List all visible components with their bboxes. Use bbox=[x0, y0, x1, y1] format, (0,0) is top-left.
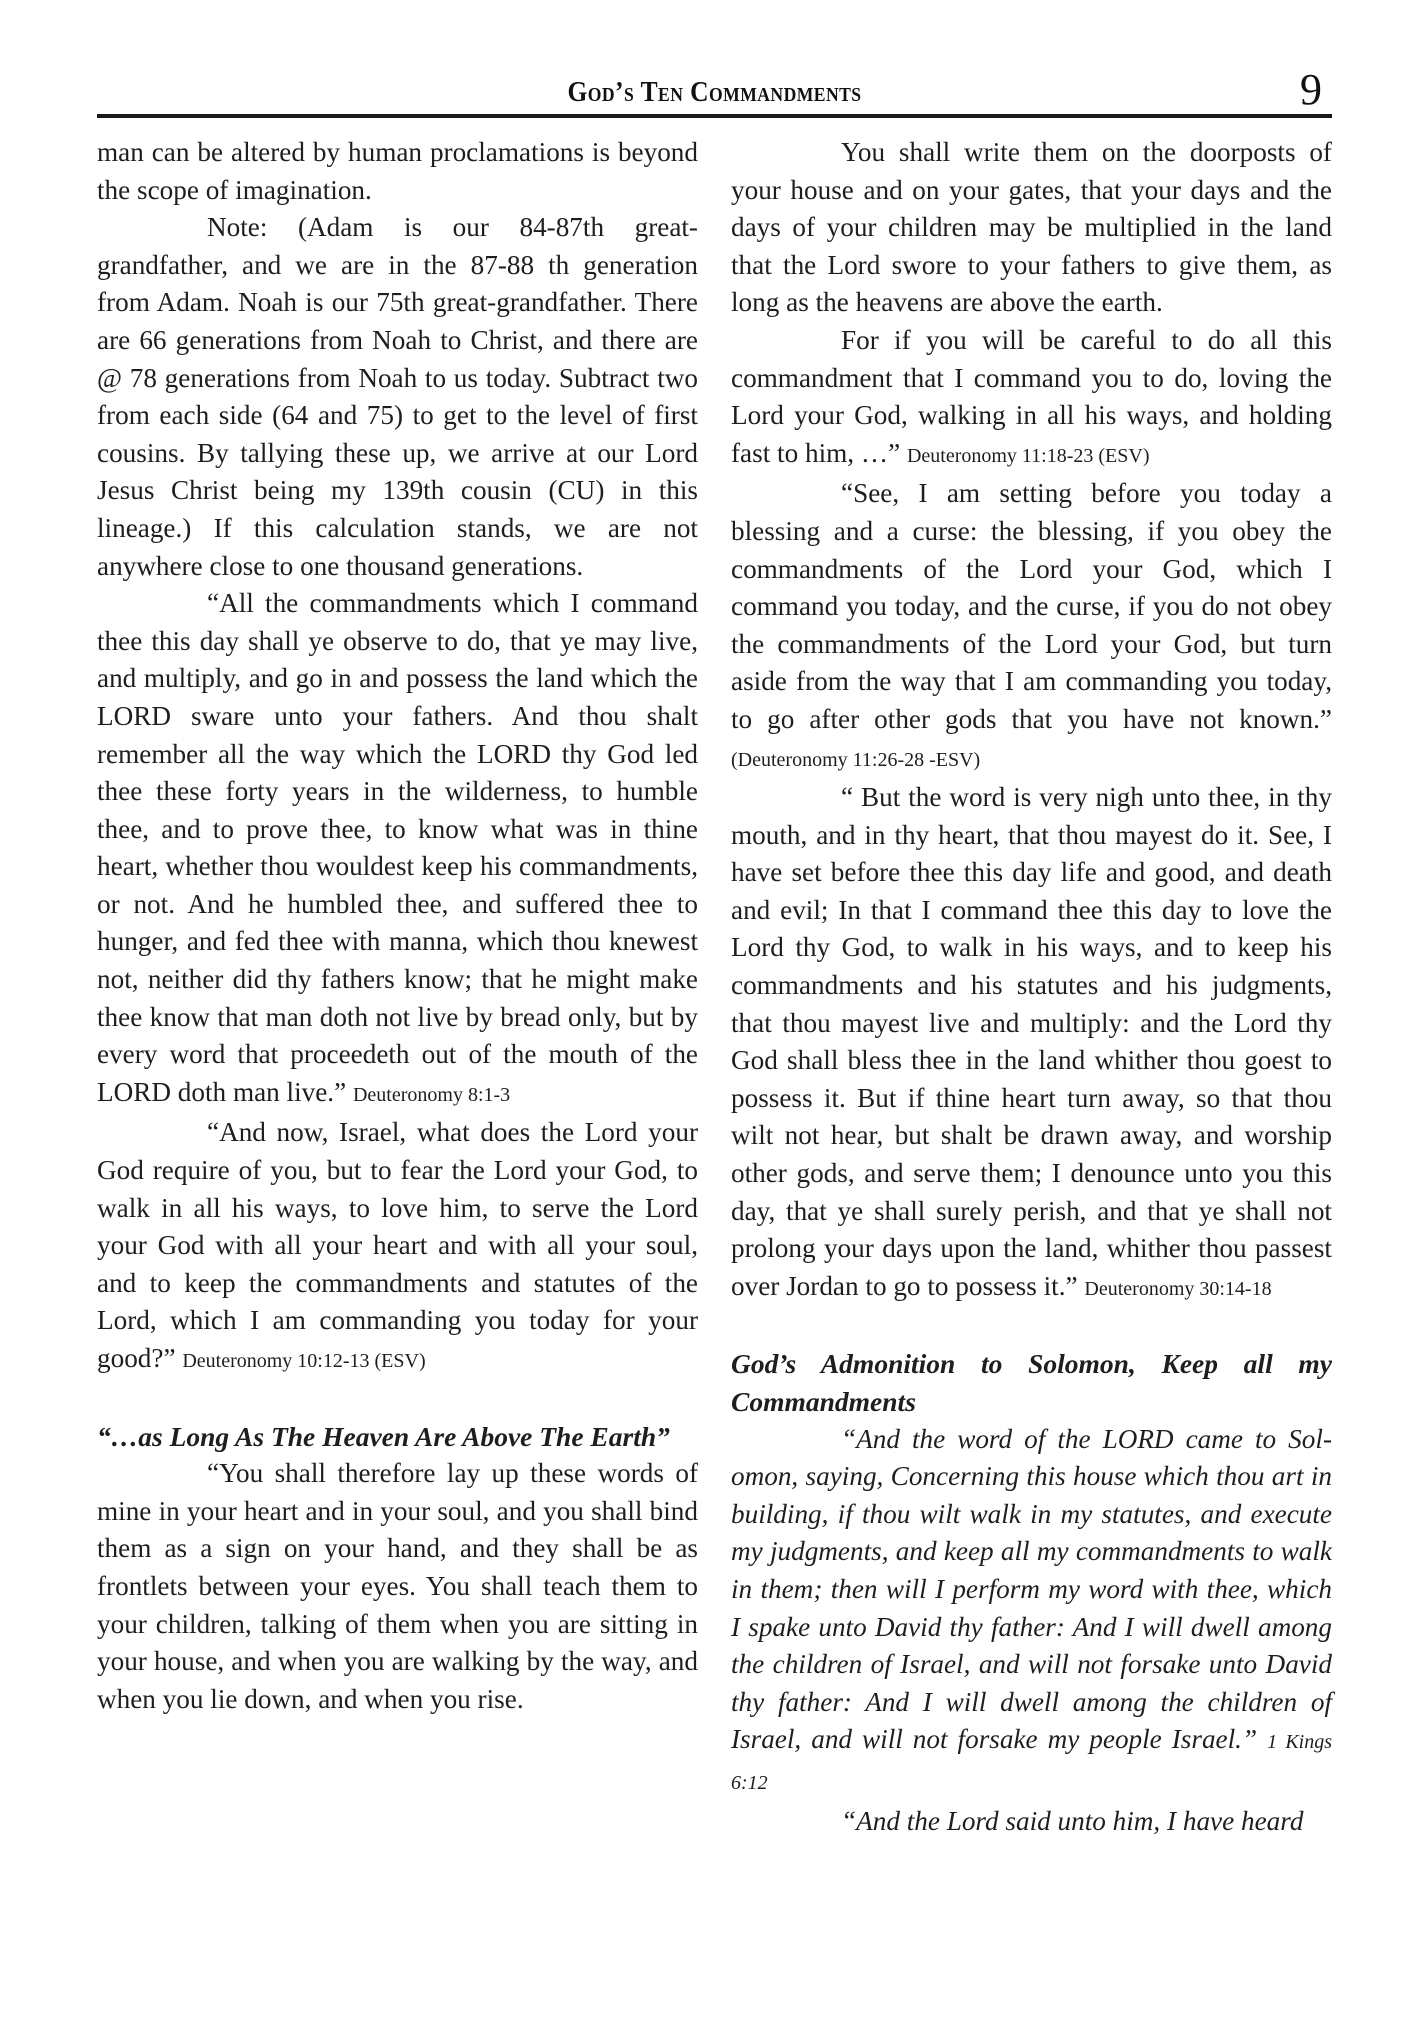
quote-text: “And the Lord said unto him, I have hear… bbox=[841, 1806, 1303, 1836]
right-column: You shall write them on the doorposts of… bbox=[731, 134, 1332, 1840]
paragraph-quote-deut-11-26: “See, I am setting before you today a bl… bbox=[731, 475, 1332, 779]
quote-text: “And now, Israel, what does the Lord you… bbox=[97, 1117, 698, 1373]
paragraph-quote-deut-11-end: For if you will be careful to do all thi… bbox=[731, 322, 1332, 475]
paragraph-continuation: You shall write them on the doorposts of… bbox=[731, 134, 1332, 322]
paragraph-text: man can be altered by human proclamation… bbox=[97, 137, 698, 205]
paragraph-note: Note: (Adam is our 84-87th great-grandfa… bbox=[97, 209, 698, 585]
quote-text: “See, I am setting before you today a bl… bbox=[731, 478, 1332, 734]
paragraph-text: Note: (Adam is our 84-87th great-grandfa… bbox=[97, 212, 698, 580]
page-header: God’s Ten Commandments 9 bbox=[97, 62, 1332, 116]
section-heading: God’s Admonition to Solomon, Keep all my… bbox=[731, 1345, 1332, 1420]
scripture-citation: Deuteronomy 8:1-3 bbox=[353, 1084, 510, 1106]
paragraph-quote-1-kings: “And the word of the LORD came to Sol­om… bbox=[731, 1421, 1332, 1803]
quote-text: “ But the word is very nigh unto thee, i… bbox=[731, 782, 1332, 1301]
header-rule bbox=[97, 114, 1332, 118]
paragraph-quote-deut-30: “ But the word is very nigh unto thee, i… bbox=[731, 779, 1332, 1308]
paragraph-continues: “And the Lord said unto him, I have hear… bbox=[731, 1803, 1332, 1841]
paragraph-quote-deut-11: “You shall therefore lay up these words … bbox=[97, 1455, 698, 1718]
scripture-citation: Deuteronomy 11:18-23 (ESV) bbox=[907, 445, 1150, 467]
scripture-citation: Deuteronomy 30:14-18 bbox=[1084, 1278, 1271, 1300]
paragraph-quote-deut-8: “All the commandments which I com­mand t… bbox=[97, 585, 698, 1114]
section-heading: “…as Long As The Heaven Are Above The Ea… bbox=[97, 1418, 698, 1456]
quote-text: “All the commandments which I com­mand t… bbox=[97, 588, 698, 1107]
left-column: man can be altered by human proclamation… bbox=[97, 134, 698, 1718]
scripture-citation: (Deuteronomy 11:26-28 -ESV) bbox=[731, 749, 980, 771]
paragraph-continuation: man can be altered by human proclamation… bbox=[97, 134, 698, 209]
page-number: 9 bbox=[1300, 64, 1322, 115]
paragraph-quote-deut-10: “And now, Israel, what does the Lord you… bbox=[97, 1114, 698, 1380]
quote-text: “You shall therefore lay up these words … bbox=[97, 1458, 698, 1714]
paragraph-text: You shall write them on the doorposts of… bbox=[731, 137, 1332, 317]
running-title: God’s Ten Commandments bbox=[171, 76, 1258, 109]
scripture-citation: Deuteronomy 10:12-13 (ESV) bbox=[182, 1350, 425, 1372]
quote-text: “And the word of the LORD came to Sol­om… bbox=[731, 1424, 1332, 1755]
